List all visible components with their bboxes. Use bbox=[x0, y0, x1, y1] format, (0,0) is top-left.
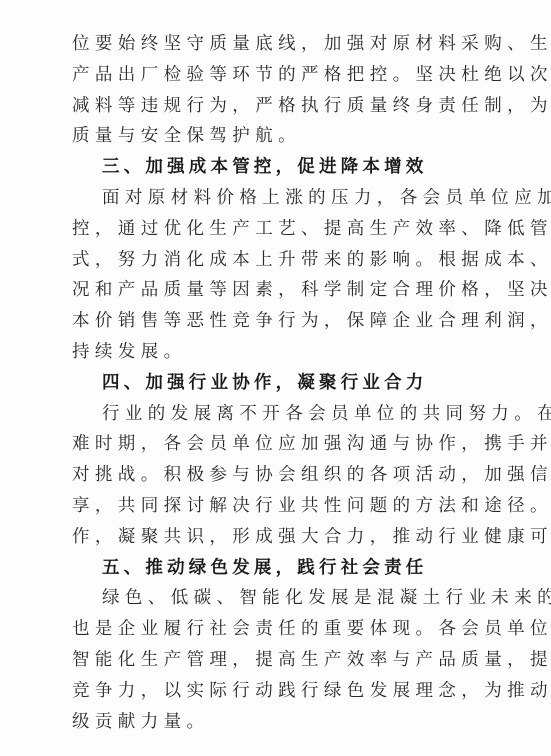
text-line: 质量与安全保驾护航。 bbox=[72, 121, 472, 152]
text-line: 对挑战。积极参与协会组织的各项活动，加强信息交流与共 bbox=[72, 460, 472, 491]
paragraph-quality: 位要始终坚守质量底线，加强对原材料采购、生产过程控制、 产品出厂检验等环节的严格… bbox=[72, 29, 472, 152]
text-line: 减料等违规行为，严格执行质量终身责任制，为建设工程的 bbox=[72, 91, 472, 122]
text-line: 产品出厂检验等环节的严格把控。坚决杜绝以次充好、偷工 bbox=[72, 60, 472, 91]
section-heading-4: 四、加强行业协作，凝聚行业合力 bbox=[72, 368, 472, 399]
text-line: 面对原材料价格上涨的压力，各会员单位应加强成本管 bbox=[72, 183, 472, 214]
document-body: 位要始终坚守质量底线，加强对原材料采购、生产过程控制、 产品出厂检验等环节的严格… bbox=[72, 29, 472, 737]
text-line: 位要始终坚守质量底线，加强对原材料采购、生产过程控制、 bbox=[72, 29, 472, 60]
paragraph-cost-control: 面对原材料价格上涨的压力，各会员单位应加强成本管 控，通过优化生产工艺、提高生产… bbox=[72, 183, 472, 368]
text-line: 行业的发展离不开各会员单位的共同努力。在当前的困 bbox=[72, 399, 472, 430]
paragraph-green-development: 绿色、低碳、智能化发展是混凝土行业未来的发展方向， 也是企业履行社会责任的重要体… bbox=[72, 583, 472, 737]
text-line: 享，共同探讨解决行业共性问题的方法和途径。通过行业协 bbox=[72, 491, 472, 522]
paragraph-industry-cooperation: 行业的发展离不开各会员单位的共同努力。在当前的困 难时期，各会员单位应加强沟通与… bbox=[72, 399, 472, 553]
text-line: 也是企业履行社会责任的重要体现。各会员单位要积极探索 bbox=[72, 614, 472, 645]
document-page: 位要始终坚守质量底线，加强对原材料采购、生产过程控制、 产品出厂检验等环节的严格… bbox=[0, 0, 551, 756]
text-line: 竞争力，以实际行动践行绿色发展理念，为推动行业转型升 bbox=[72, 676, 472, 707]
section-heading-5: 五、推动绿色发展，践行社会责任 bbox=[72, 553, 472, 584]
text-line: 持续发展。 bbox=[72, 337, 472, 368]
text-line: 本价销售等恶性竞争行为，保障企业合理利润，促进企业可 bbox=[72, 306, 472, 337]
text-line: 绿色、低碳、智能化发展是混凝土行业未来的发展方向， bbox=[72, 583, 472, 614]
section-heading-3: 三、加强成本管控，促进降本增效 bbox=[72, 152, 472, 183]
text-line: 作，凝聚共识，形成强大合力，推动行业健康可持续发展。 bbox=[72, 522, 472, 553]
text-line: 级贡献力量。 bbox=[72, 707, 472, 738]
text-line: 智能化生产管理，提高生产效率与产品质量，提升企业核心 bbox=[72, 645, 472, 676]
text-line: 式，努力消化成本上升带来的影响。根据成本、市场供需状 bbox=[72, 245, 472, 276]
text-line: 难时期，各会员单位应加强沟通与协作，携手并进，共同应 bbox=[72, 429, 472, 460]
text-line: 况和产品质量等因素，科学制定合理价格，坚决抵制低于成 bbox=[72, 275, 472, 306]
text-line: 控，通过优化生产工艺、提高生产效率、降低管理成本等方 bbox=[72, 214, 472, 245]
